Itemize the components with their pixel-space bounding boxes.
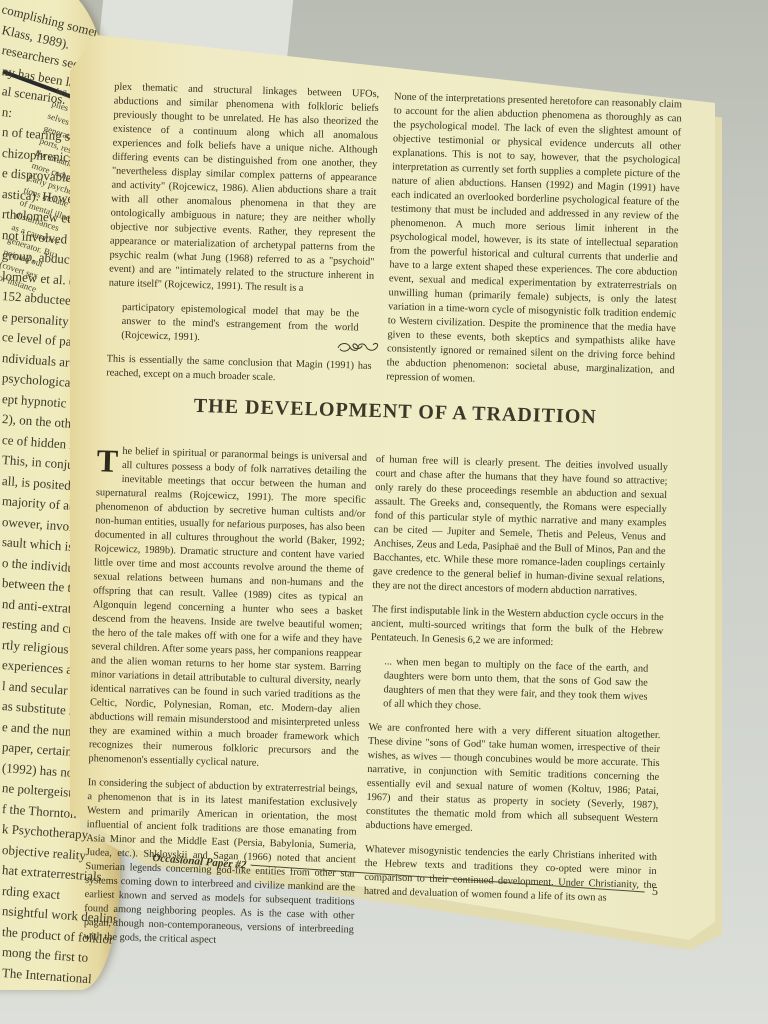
page-number: 5 xyxy=(652,884,658,899)
left-page-line: The International xyxy=(1,964,92,988)
paragraph: This is essentially the same conclusion … xyxy=(106,352,372,387)
paragraph: None of the interpretations presented he… xyxy=(386,90,682,392)
left-page-line: rding exact xyxy=(1,882,60,904)
blockquote: ... when men began to multiply on the fa… xyxy=(383,655,648,718)
column-bottom-left: The belief in spiritual or paranormal be… xyxy=(83,444,367,961)
drop-cap: T xyxy=(96,446,118,475)
column-bottom-right: of human free will is clearly present. T… xyxy=(363,453,668,917)
flourish-ornament-icon xyxy=(334,339,382,356)
paragraph: We are confronted here with a very diffe… xyxy=(366,721,661,841)
page-content: plex thematic and structural linkages be… xyxy=(70,60,714,957)
section-title: THE DEVELOPMENT OF A TRADITION xyxy=(165,394,625,430)
paragraph: The belief in spiritual or paranormal be… xyxy=(88,444,367,773)
paragraph: of human free will is clearly present. T… xyxy=(372,453,668,601)
blockquote: participatory epistemological model that… xyxy=(121,301,359,350)
paragraph: plex thematic and structural linkages be… xyxy=(109,81,380,298)
paragraph-text: he belief in spiritual or paranormal bei… xyxy=(88,446,367,769)
left-page-line: n: xyxy=(1,103,13,122)
column-top-right: None of the interpretations presented he… xyxy=(386,90,682,402)
left-page-line: mong the first to xyxy=(1,943,88,967)
paragraph: The first indisputable link in the Weste… xyxy=(371,603,664,653)
